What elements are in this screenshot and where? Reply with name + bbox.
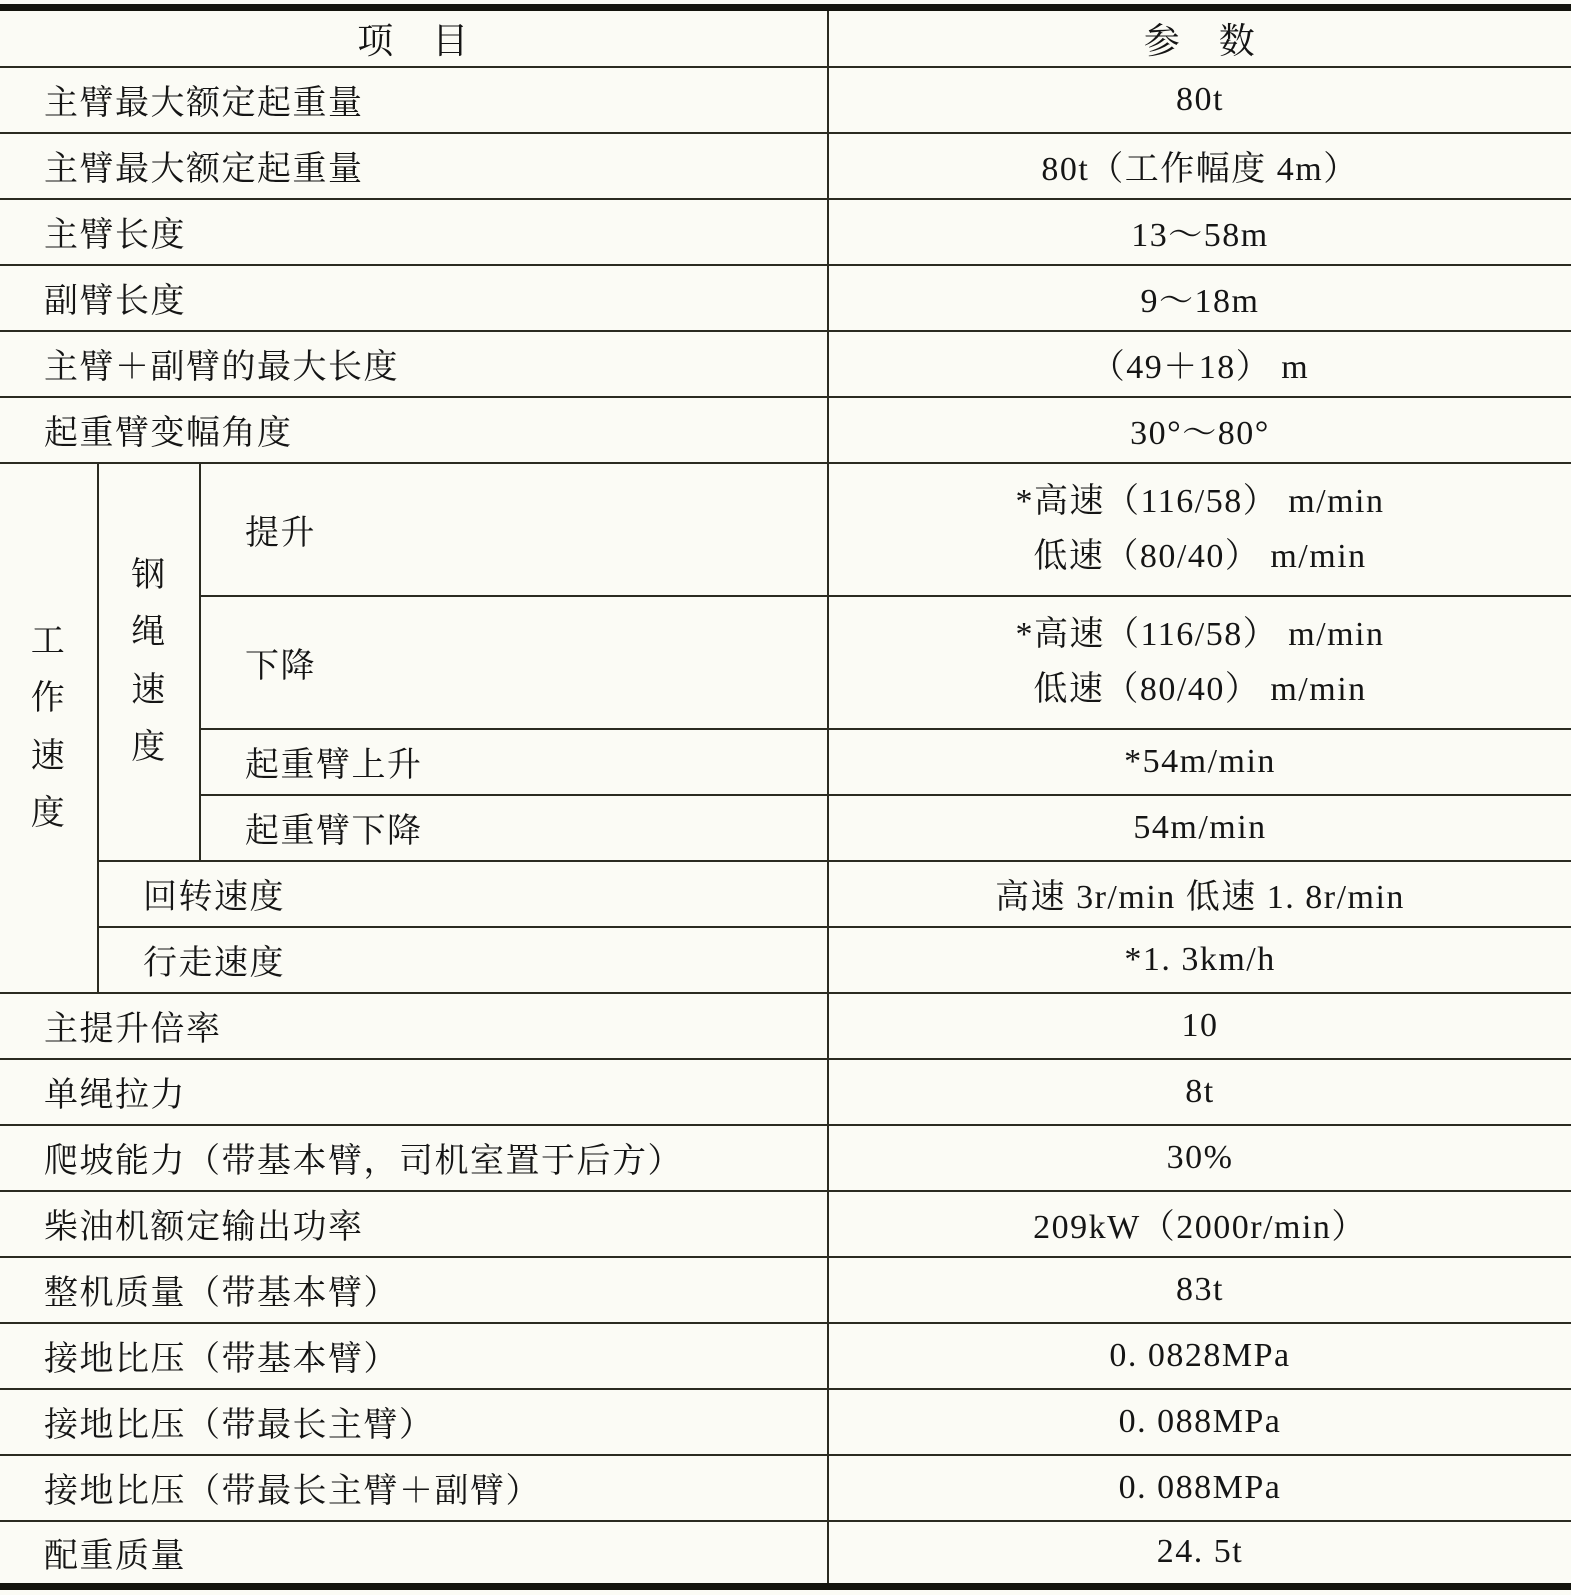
value-line-2: 低速（80/40） m/min [829,662,1571,717]
table-row: 下降 *高速（116/58） m/min 低速（80/40） m/min [0,596,1571,729]
crane-spec-table: 项 目 参 数 主臂最大额定起重量 80t 主臂最大额定起重量 80t（工作幅度… [0,4,1571,1590]
row-value: 209kW（2000r/min） [828,1191,1571,1257]
table-row: 配重质量 24. 5t [0,1521,1571,1587]
row-value: 8t [828,1059,1571,1125]
row-value: 13～58m [828,199,1571,265]
row-value: *高速（116/58） m/min 低速（80/40） m/min [828,596,1571,729]
table-row: 接地比压（带最长主臂） 0. 088MPa [0,1389,1571,1455]
row-label: 单绳拉力 [0,1059,828,1125]
table-row: 工作速度 钢绳速度 提升 *高速（116/58） m/min 低速（80/40）… [0,463,1571,596]
group-label-rope-speed: 钢绳速度 [98,463,200,861]
row-label: 起重臂下降 [200,795,828,861]
row-label: 柴油机额定输出功率 [0,1191,828,1257]
row-value: 0. 0828MPa [828,1323,1571,1389]
row-value: 高速 3r/min 低速 1. 8r/min [828,861,1571,927]
table-row: 行走速度 *1. 3km/h [0,927,1571,993]
row-value: 24. 5t [828,1521,1571,1587]
table-row: 爬坡能力（带基本臂，司机室置于后方） 30% [0,1125,1571,1191]
column-header-item: 项 目 [0,8,828,67]
table-row: 主臂＋副臂的最大长度 （49＋18） m [0,331,1571,397]
table-row: 主臂最大额定起重量 80t [0,67,1571,133]
value-line-2: 低速（80/40） m/min [829,529,1571,584]
row-label: 起重臂上升 [200,729,828,795]
row-value: 80t（工作幅度 4m） [828,133,1571,199]
table-row: 回转速度 高速 3r/min 低速 1. 8r/min [0,861,1571,927]
row-label: 下降 [200,596,828,729]
group-label-working-speed: 工作速度 [0,463,98,993]
row-label: 配重质量 [0,1521,828,1587]
row-label: 主臂长度 [0,199,828,265]
row-value: （49＋18） m [828,331,1571,397]
value-line-1: *高速（116/58） m/min [829,607,1571,662]
table-row: 接地比压（带基本臂） 0. 0828MPa [0,1323,1571,1389]
row-label: 提升 [200,463,828,596]
table-row: 起重臂变幅角度 30°～80° [0,397,1571,463]
row-label: 接地比压（带基本臂） [0,1323,828,1389]
row-value: 0. 088MPa [828,1389,1571,1455]
table-row: 主臂最大额定起重量 80t（工作幅度 4m） [0,133,1571,199]
row-label: 接地比压（带最长主臂） [0,1389,828,1455]
row-value: 0. 088MPa [828,1455,1571,1521]
row-value: 9～18m [828,265,1571,331]
table-row: 副臂长度 9～18m [0,265,1571,331]
row-value: 30°～80° [828,397,1571,463]
row-value: *1. 3km/h [828,927,1571,993]
table-row: 起重臂上升 *54m/min [0,729,1571,795]
table-row: 主臂长度 13～58m [0,199,1571,265]
row-label: 起重臂变幅角度 [0,397,828,463]
row-value: *54m/min [828,729,1571,795]
row-value: *高速（116/58） m/min 低速（80/40） m/min [828,463,1571,596]
row-value: 10 [828,993,1571,1059]
value-line-1: *高速（116/58） m/min [829,474,1571,529]
table-row: 单绳拉力 8t [0,1059,1571,1125]
row-value: 80t [828,67,1571,133]
row-label: 整机质量（带基本臂） [0,1257,828,1323]
table-row: 起重臂下降 54m/min [0,795,1571,861]
scanned-spec-table-page: 项 目 参 数 主臂最大额定起重量 80t 主臂最大额定起重量 80t（工作幅度… [0,0,1571,1595]
row-label: 主臂最大额定起重量 [0,133,828,199]
row-label: 行走速度 [98,927,828,993]
table-row: 柴油机额定输出功率 209kW（2000r/min） [0,1191,1571,1257]
row-label: 接地比压（带最长主臂＋副臂） [0,1455,828,1521]
table-row: 项 目 参 数 [0,8,1571,67]
table-row: 接地比压（带最长主臂＋副臂） 0. 088MPa [0,1455,1571,1521]
row-value: 83t [828,1257,1571,1323]
row-value: 54m/min [828,795,1571,861]
row-label: 主臂＋副臂的最大长度 [0,331,828,397]
row-label: 主提升倍率 [0,993,828,1059]
table-row: 整机质量（带基本臂） 83t [0,1257,1571,1323]
column-header-param: 参 数 [828,8,1571,67]
row-label: 副臂长度 [0,265,828,331]
row-value: 30% [828,1125,1571,1191]
row-label: 回转速度 [98,861,828,927]
row-label: 爬坡能力（带基本臂，司机室置于后方） [0,1125,828,1191]
row-label: 主臂最大额定起重量 [0,67,828,133]
table-row: 主提升倍率 10 [0,993,1571,1059]
